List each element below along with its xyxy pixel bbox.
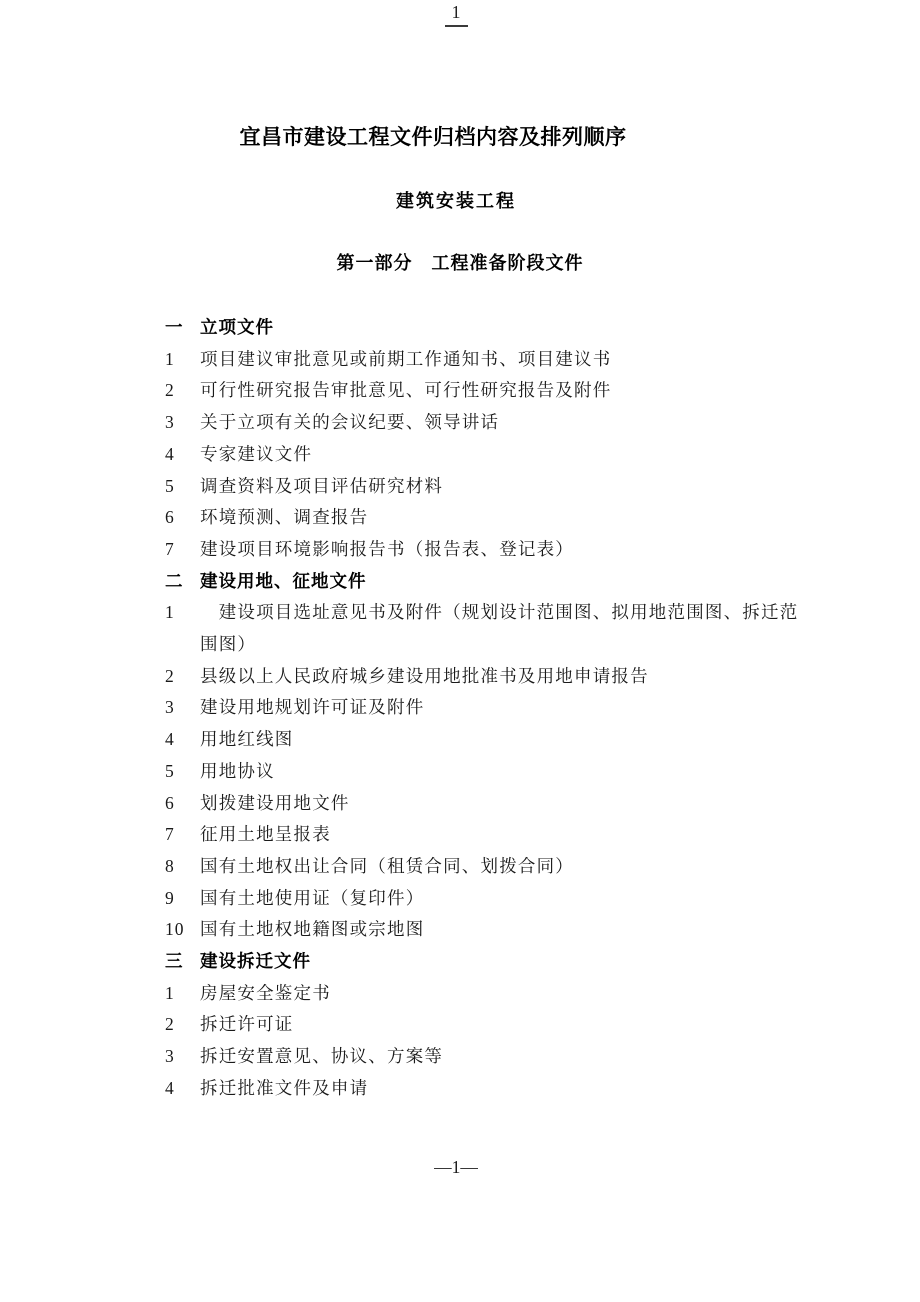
item-number: 1 [165, 344, 200, 376]
list-item: 4专家建议文件 [165, 439, 805, 471]
item-text: 环境预测、调查报告 [200, 502, 800, 534]
item-number: 4 [165, 724, 200, 756]
document-subtitle: 建筑安装工程 [0, 188, 912, 214]
item-text: 用地红线图 [200, 724, 800, 756]
item-number: 1 [165, 597, 200, 629]
item-number: 3 [165, 407, 200, 439]
item-number: 6 [165, 788, 200, 820]
header-page-number: 1 [445, 1, 468, 27]
item-number: 3 [165, 692, 200, 724]
item-text: 拆迁许可证 [200, 1009, 800, 1041]
list-item: 1项目建议审批意见或前期工作通知书、项目建议书 [165, 344, 805, 376]
item-text: 拆迁批准文件及申请 [200, 1073, 800, 1105]
document-list: 一立项文件1项目建议审批意见或前期工作通知书、项目建议书2可行性研究报告审批意见… [165, 312, 805, 1105]
item-text: 专家建议文件 [200, 439, 800, 471]
item-number: 7 [165, 534, 200, 566]
list-item: 3关于立项有关的会议纪要、领导讲话 [165, 407, 805, 439]
item-text: 项目建议审批意见或前期工作通知书、项目建议书 [200, 344, 800, 376]
list-item: 9国有土地使用证（复印件） [165, 883, 805, 915]
item-number: 2 [165, 661, 200, 693]
list-item: 2拆迁许可证 [165, 1009, 805, 1041]
footer-page-number: —1— [0, 1154, 912, 1180]
part-heading: 第一部分 工程准备阶段文件 [0, 250, 920, 276]
item-text: 调查资料及项目评估研究材料 [200, 471, 800, 503]
item-text: 国有土地权地籍图或宗地图 [200, 914, 800, 946]
item-text: 划拨建设用地文件 [200, 788, 800, 820]
item-number: 4 [165, 439, 200, 471]
list-item: 5调查资料及项目评估研究材料 [165, 471, 805, 503]
item-text: 征用土地呈报表 [200, 819, 800, 851]
item-text: 建设用地规划许可证及附件 [200, 692, 800, 724]
item-number: 8 [165, 851, 200, 883]
list-item: 3建设用地规划许可证及附件 [165, 692, 805, 724]
list-item: 2县级以上人民政府城乡建设用地批准书及用地申请报告 [165, 661, 805, 693]
item-text: 可行性研究报告审批意见、可行性研究报告及附件 [200, 375, 800, 407]
item-number: 9 [165, 883, 200, 915]
section-title: 立项文件 [200, 312, 800, 344]
item-number: 2 [165, 375, 200, 407]
item-text: 拆迁安置意见、协议、方案等 [200, 1041, 800, 1073]
section-title: 建设用地、征地文件 [200, 566, 800, 598]
item-number: 5 [165, 756, 200, 788]
item-text: 国有土地使用证（复印件） [200, 883, 800, 915]
section-heading-row: 三建设拆迁文件 [165, 946, 805, 978]
section-title: 建设拆迁文件 [200, 946, 800, 978]
list-item: 3拆迁安置意见、协议、方案等 [165, 1041, 805, 1073]
list-item: 2可行性研究报告审批意见、可行性研究报告及附件 [165, 375, 805, 407]
section-heading-row: 一立项文件 [165, 312, 805, 344]
item-number: 3 [165, 1041, 200, 1073]
item-number: 7 [165, 819, 200, 851]
item-text: 建设项目选址意见书及附件（规划设计范围图、拟用地范围图、拆迁范围图） [200, 597, 800, 660]
list-item: 10国有土地权地籍图或宗地图 [165, 914, 805, 946]
page-header: 1 [0, 1, 912, 27]
item-text: 建设项目环境影响报告书（报告表、登记表） [200, 534, 800, 566]
item-text: 国有土地权出让合同（租赁合同、划拨合同） [200, 851, 800, 883]
item-text: 关于立项有关的会议纪要、领导讲话 [200, 407, 800, 439]
list-item: 6环境预测、调查报告 [165, 502, 805, 534]
item-number: 2 [165, 1009, 200, 1041]
list-item: 7征用土地呈报表 [165, 819, 805, 851]
section-number: 一 [165, 312, 200, 344]
document-page: 1 宜昌市建设工程文件归档内容及排列顺序 建筑安装工程 第一部分 工程准备阶段文… [0, 0, 920, 1302]
item-number: 10 [165, 914, 200, 946]
item-text: 用地协议 [200, 756, 800, 788]
item-number: 5 [165, 471, 200, 503]
list-item: 5用地协议 [165, 756, 805, 788]
list-item: 4用地红线图 [165, 724, 805, 756]
item-text: 县级以上人民政府城乡建设用地批准书及用地申请报告 [200, 661, 800, 693]
item-number: 1 [165, 978, 200, 1010]
list-item: 6划拨建设用地文件 [165, 788, 805, 820]
document-title: 宜昌市建设工程文件归档内容及排列顺序 [0, 123, 866, 153]
section-heading-row: 二建设用地、征地文件 [165, 566, 805, 598]
section-number: 三 [165, 946, 200, 978]
item-number: 6 [165, 502, 200, 534]
list-item: 1 建设项目选址意见书及附件（规划设计范围图、拟用地范围图、拆迁范围图） [165, 597, 805, 660]
list-item: 4拆迁批准文件及申请 [165, 1073, 805, 1105]
item-text: 房屋安全鉴定书 [200, 978, 800, 1010]
section-number: 二 [165, 566, 200, 598]
list-item: 1房屋安全鉴定书 [165, 978, 805, 1010]
list-item: 8国有土地权出让合同（租赁合同、划拨合同） [165, 851, 805, 883]
item-number: 4 [165, 1073, 200, 1105]
list-item: 7建设项目环境影响报告书（报告表、登记表） [165, 534, 805, 566]
